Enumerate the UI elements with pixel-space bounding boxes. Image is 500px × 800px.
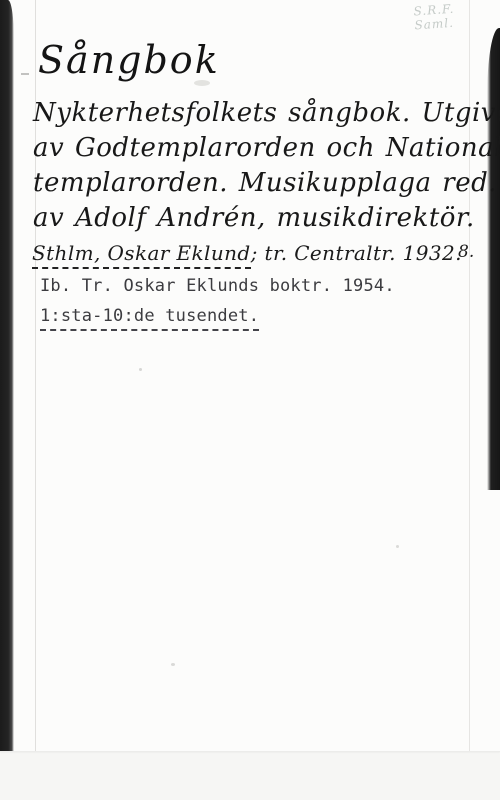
scan-artifact-speck — [139, 368, 142, 371]
handwritten-title: Sångbok — [38, 38, 220, 82]
scan-artifact-dash — [21, 73, 29, 75]
typed-printer-line: Ib. Tr. Oskar Eklunds boktr. 1954. — [40, 276, 395, 296]
scan-artifact-speck — [171, 663, 175, 666]
format-notation: 8. — [458, 242, 474, 262]
scan-artifact-speck — [396, 545, 399, 548]
pencil-corner-note: S.R.F. Saml. — [413, 0, 485, 32]
imprint-place-publisher: Sthlm, Oskar Eklund — [32, 241, 251, 269]
scan-edge-left — [0, 0, 14, 751]
scanned-catalog-card: S.R.F. Saml. Sångbok Nykterhetsfolkets s… — [0, 0, 500, 800]
handwritten-description-line-2: av Godtemplarorden och National- — [33, 133, 500, 163]
handwritten-imprint-line: Sthlm, Oskar Eklund; tr. Centraltr. 1932… — [32, 241, 462, 265]
imprint-details: ; tr. Centraltr. 1932. — [251, 241, 462, 265]
handwritten-description-line-1: Nykterhetsfolkets sångbok. Utgiven — [33, 98, 500, 128]
card-bottom-edge — [0, 751, 500, 752]
handwritten-description-line-4: av Adolf Andrén, musikdirektör. — [33, 203, 475, 233]
handwritten-description-line-3: templarorden. Musikupplaga red. — [33, 168, 497, 198]
typed-edition-line: 1:sta-10:de tusendet. — [40, 306, 259, 331]
scan-artifact-smudge — [194, 80, 210, 86]
